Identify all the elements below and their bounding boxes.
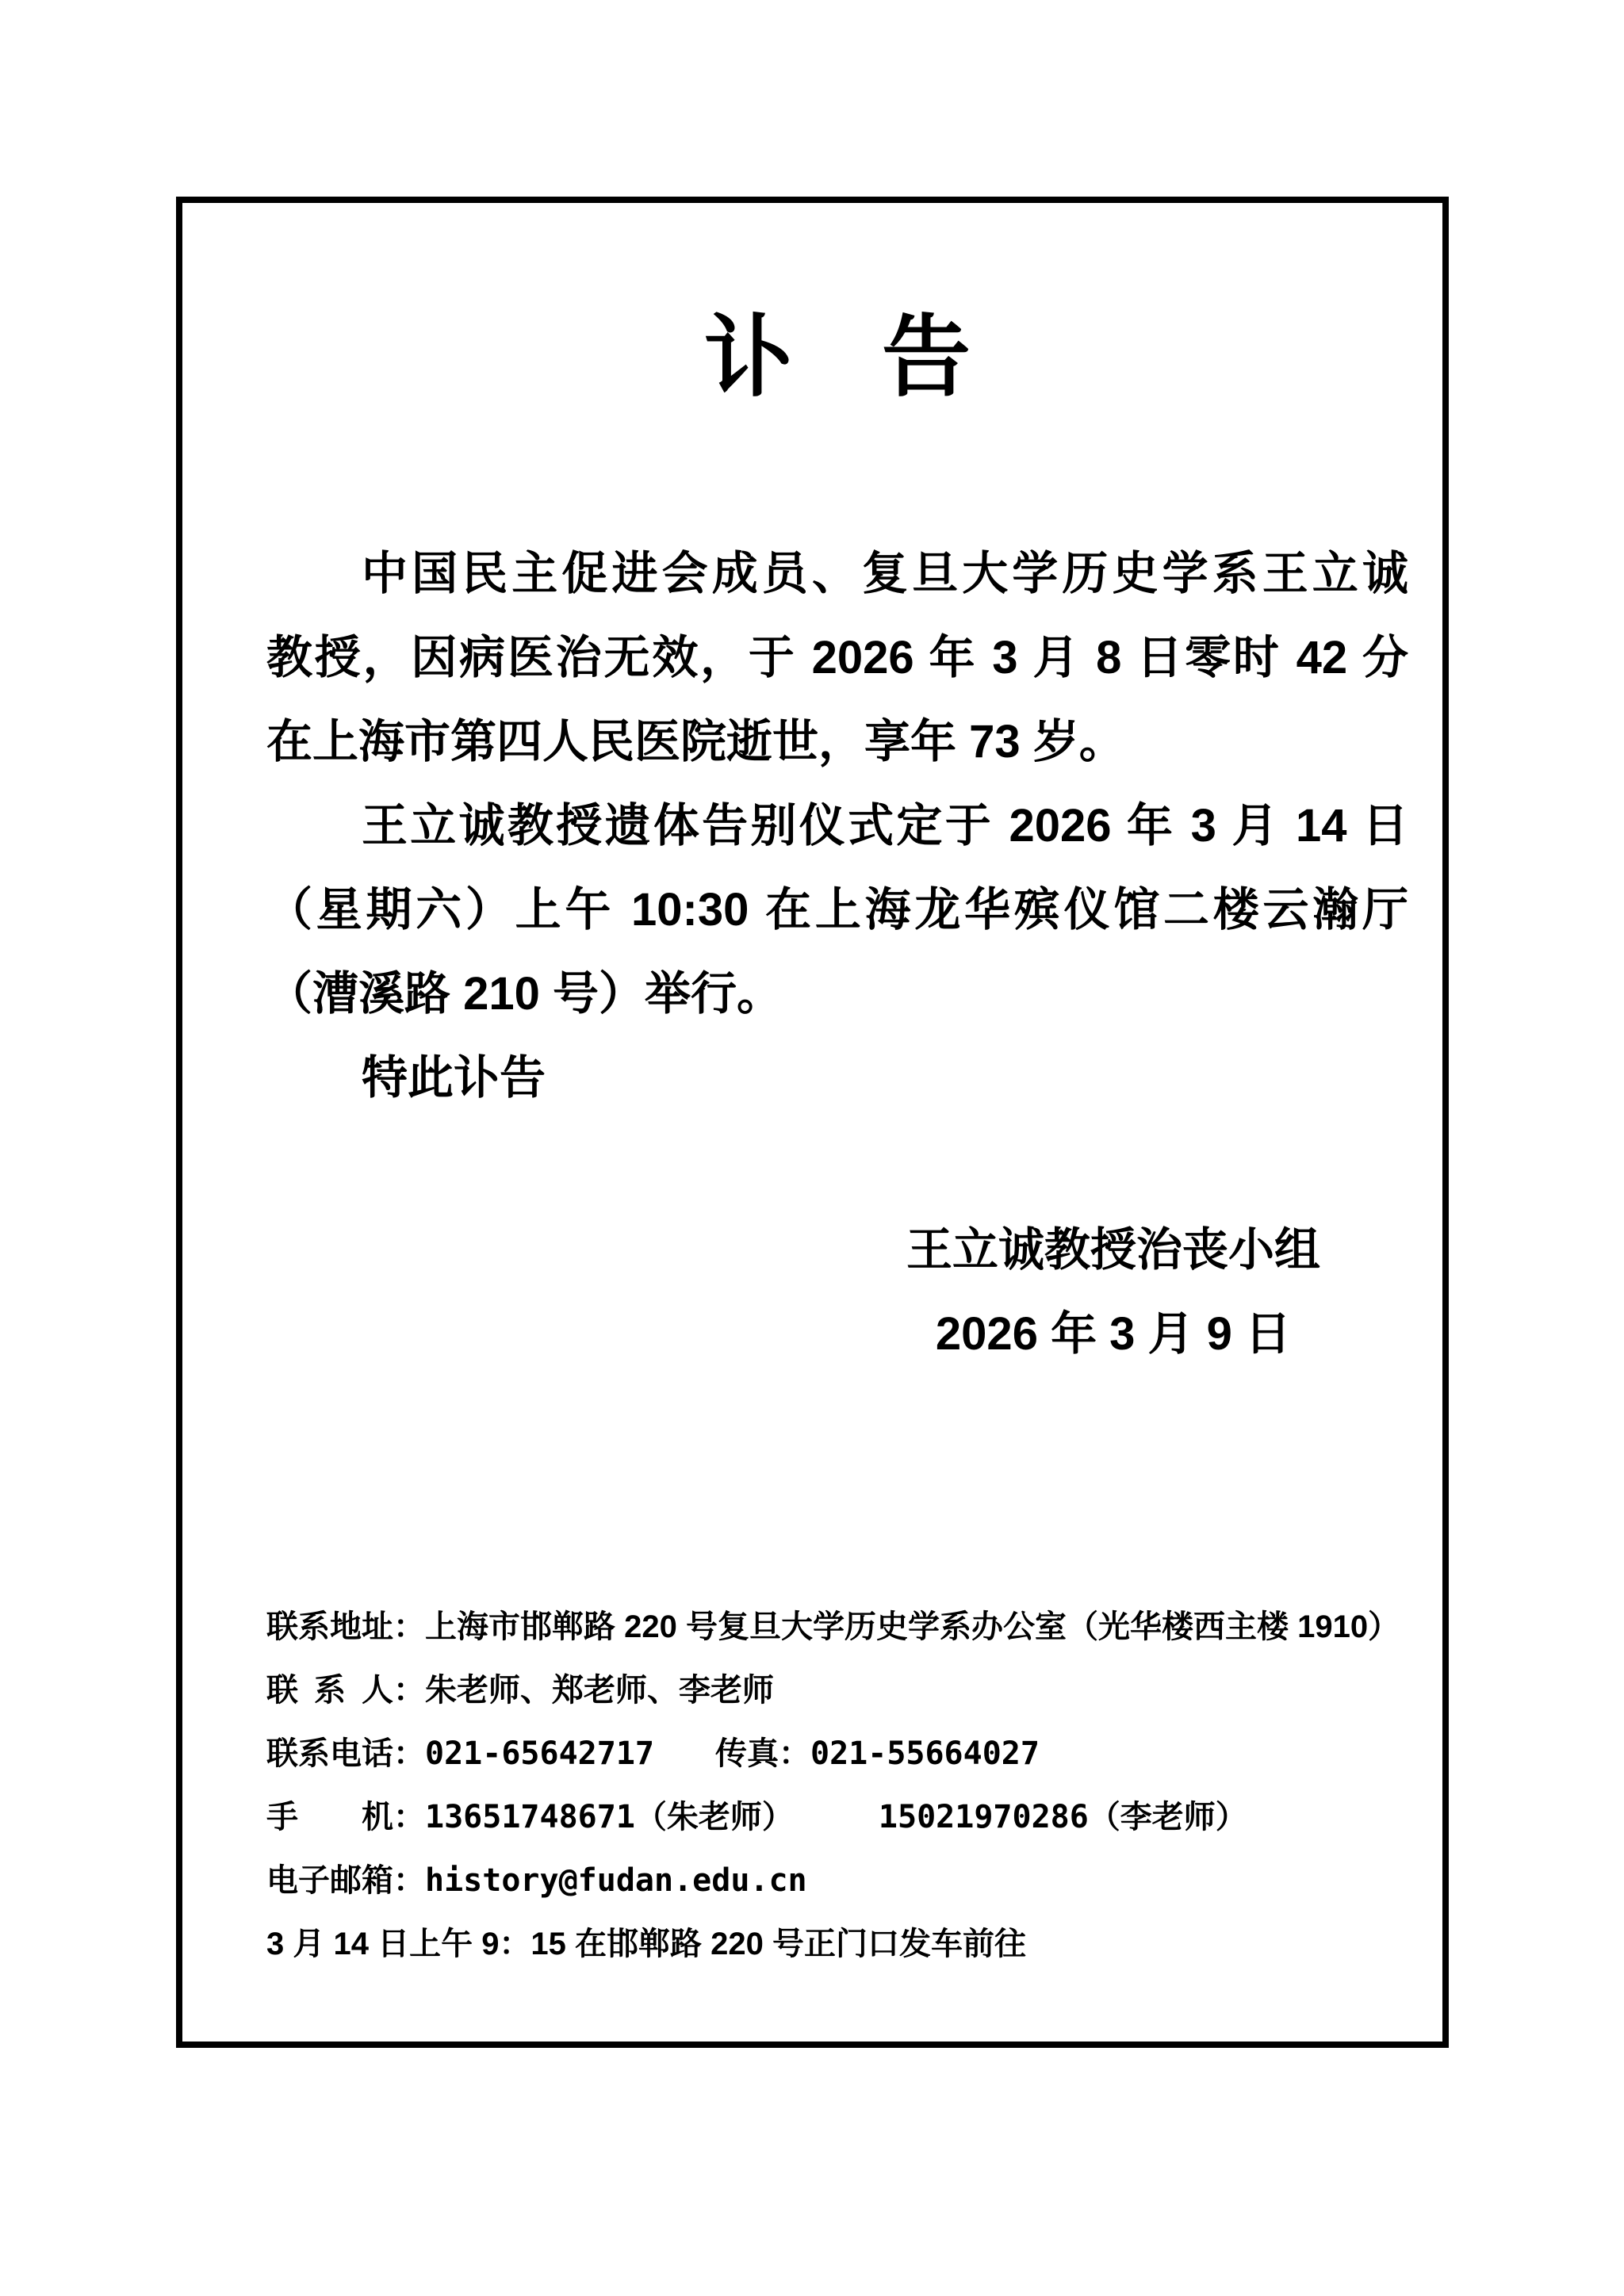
- contact-fax-value: 021-55664027: [810, 1735, 1040, 1772]
- colon: ：: [393, 1673, 425, 1708]
- contact-phone-value: 021-65642717: [425, 1735, 654, 1772]
- signature-group: 王立诚教授治丧小组: [906, 1208, 1320, 1292]
- contact-line-email: 电子邮箱：history@fudan.edu.cn: [266, 1849, 1408, 1912]
- contact-line-mobile: 手机：13651748671（朱老师）15021970286（李老师）: [266, 1785, 1408, 1849]
- contact-address-label: 联系地址: [266, 1595, 393, 1659]
- body-line: （星期六）上午 10:30 在上海龙华殡仪馆二楼云瀚厅: [266, 868, 1408, 952]
- colon: ：: [393, 1863, 425, 1898]
- contact-line-departure: 3 月 14 日上午 9：15 在邯郸路 220 号正门口发车前往: [266, 1912, 1408, 1976]
- signature-date: 2026 年 3 月 9 日: [906, 1292, 1320, 1376]
- contact-line-persons: 联系人：朱老师、郑老师、李老师: [266, 1659, 1408, 1722]
- contact-address-value: 上海市邯郸路 220 号复旦大学历史学系办公室（光华楼西主楼 1910）: [425, 1609, 1400, 1644]
- contact-fax-label: 传真: [715, 1736, 779, 1771]
- body-line: （漕溪路 210 号）举行。: [266, 952, 1408, 1036]
- body-line: 王立诚教授遗体告别仪式定于 2026 年 3 月 14 日: [266, 784, 1408, 868]
- colon: ：: [393, 1736, 425, 1771]
- contact-line-address: 联系地址：上海市邯郸路 220 号复旦大学历史学系办公室（光华楼西主楼 1910…: [266, 1595, 1408, 1659]
- body-line: 在上海市第四人民医院逝世，享年 73 岁。: [266, 700, 1408, 784]
- body-line: 教授，因病医治无效，于 2026 年 3 月 8 日零时 42 分: [266, 616, 1408, 700]
- contact-persons-value: 朱老师、郑老师、李老师: [425, 1673, 774, 1708]
- body-line-closing: 特此讣告: [266, 1036, 1408, 1120]
- departure-note: 3 月 14 日上午 9：15 在邯郸路 220 号正门口发车前往: [266, 1927, 1026, 1961]
- signature-block: 王立诚教授治丧小组 2026 年 3 月 9 日: [266, 1208, 1408, 1376]
- contact-line-phone: 联系电话：021-65642717传真：021-55664027: [266, 1722, 1408, 1785]
- colon: ：: [393, 1800, 425, 1835]
- signature-inner: 王立诚教授治丧小组 2026 年 3 月 9 日: [906, 1208, 1320, 1376]
- notice-border: 讣 告 中国民主促进会成员、复旦大学历史学系王立诚 教授，因病医治无效，于 20…: [176, 197, 1449, 2048]
- notice-body: 中国民主促进会成员、复旦大学历史学系王立诚 教授，因病医治无效，于 2026 年…: [266, 532, 1408, 1120]
- contact-email-label: 电子邮箱: [266, 1849, 393, 1912]
- colon: ：: [779, 1736, 810, 1771]
- contact-email-value: history@fudan.edu.cn: [425, 1862, 807, 1899]
- contact-block: 联系地址：上海市邯郸路 220 号复旦大学历史学系办公室（光华楼西主楼 1910…: [266, 1595, 1408, 1976]
- colon: ：: [393, 1609, 425, 1644]
- body-line: 中国民主促进会成员、复旦大学历史学系王立诚: [266, 532, 1408, 616]
- contact-mobile-label: 手机: [266, 1785, 393, 1849]
- page: 讣 告 中国民主促进会成员、复旦大学历史学系王立诚 教授，因病医治无效，于 20…: [0, 0, 1624, 2296]
- contact-mobile-value-2: 15021970286（李老师）: [879, 1799, 1247, 1835]
- contact-phone-label: 联系电话: [266, 1722, 393, 1785]
- contact-person-label: 联系人: [266, 1659, 393, 1722]
- notice-title: 讣 告: [266, 313, 1408, 402]
- contact-mobile-value-1: 13651748671（朱老师）: [425, 1799, 794, 1835]
